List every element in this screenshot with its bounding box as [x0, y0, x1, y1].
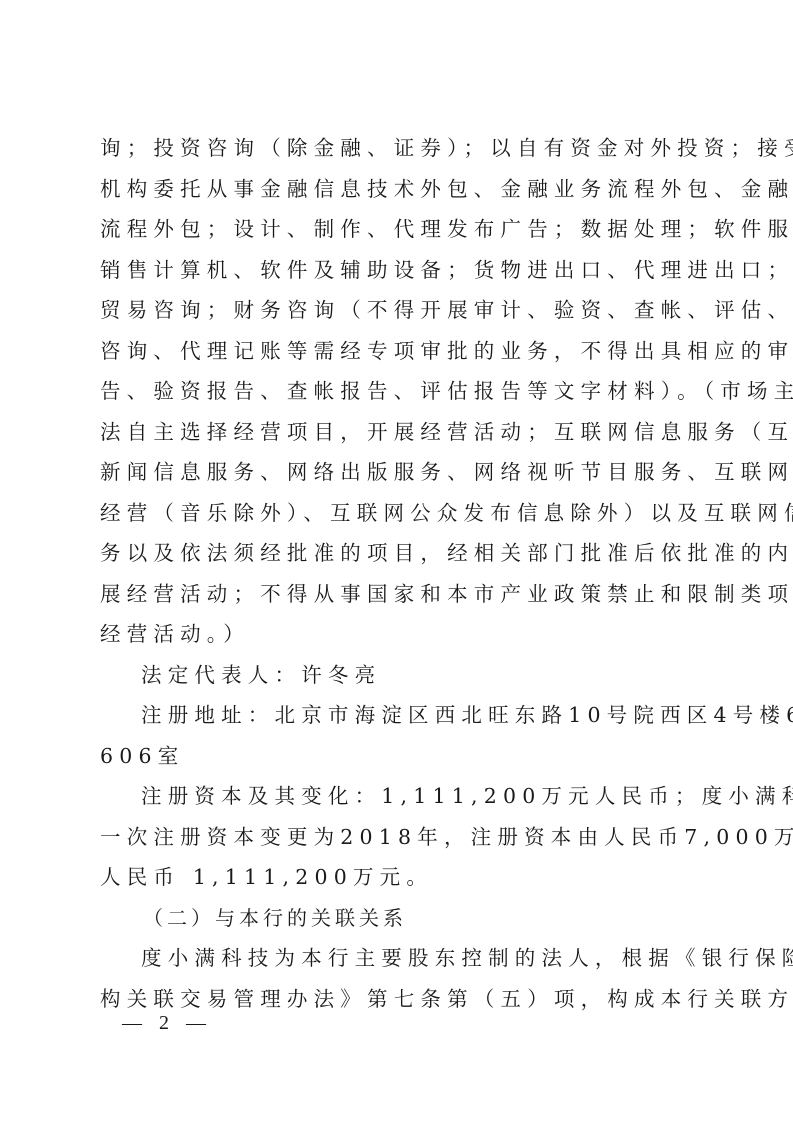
legal-representative: 法定代表人：许冬亮 [141, 662, 741, 688]
body-text-line: 经营（音乐除外）、互联网公众发布信息除外）以及互联网信息服 [100, 500, 700, 526]
body-text-line: 询；投资咨询（除金融、证券）；以自有资金对外投资；接受金融 [100, 135, 700, 161]
body-text-line: 经营活动。） [100, 621, 700, 647]
registered-address-cont: 606室 [100, 743, 700, 769]
body-text-line: 销售计算机、软件及辅助设备；货物进出口、代理进出口；经济 [100, 257, 700, 283]
body-text-line: 告、验资报告、查帐报告、评估报告等文字材料）。（市场主体依 [100, 378, 700, 404]
body-text-line: 咨询、代理记账等需经专项审批的业务，不得出具相应的审计报 [100, 338, 700, 364]
document-page: 询；投资咨询（除金融、证券）；以自有资金对外投资；接受金融 机构委托从事金融信息… [0, 0, 793, 1122]
registered-address: 注册地址：北京市海淀区西北旺东路10号院西区4号楼6层 [141, 702, 741, 728]
page-number: — 2 — [122, 1012, 212, 1035]
body-text-line: 务以及依法须经批准的项目，经相关部门批准后依批准的内容开 [100, 540, 700, 566]
registered-capital-cont: 一次注册资本变更为2018年，注册资本由人民币7,000万元增至 [100, 824, 700, 850]
body-text-line: 机构委托从事金融信息技术外包、金融业务流程外包、金融知识 [100, 176, 700, 202]
body-text-line: 贸易咨询；财务咨询（不得开展审计、验资、查帐、评估、会计 [100, 297, 700, 323]
relation-text: 度小满科技为本行主要股东控制的法人，根据《银行保险机 [141, 945, 741, 971]
body-text-line: 新闻信息服务、网络出版服务、网络视听节目服务、互联网文化 [100, 459, 700, 485]
registered-capital: 注册资本及其变化：1,111,200万元人民币；度小满科技最近 [141, 783, 741, 809]
body-text-line: 法自主选择经营项目，开展经营活动；互联网信息服务（互联网 [100, 419, 700, 445]
section-heading: （二）与本行的关联关系 [143, 905, 743, 931]
body-text-line: 流程外包；设计、制作、代理发布广告；数据处理；软件服务； [100, 216, 700, 242]
registered-capital-cont: 人民币 1,111,200万元。 [100, 864, 700, 890]
body-text-line: 展经营活动；不得从事国家和本市产业政策禁止和限制类项目的 [100, 581, 700, 607]
relation-text-cont: 构关联交易管理办法》第七条第（五）项，构成本行关联方。 [100, 986, 700, 1012]
